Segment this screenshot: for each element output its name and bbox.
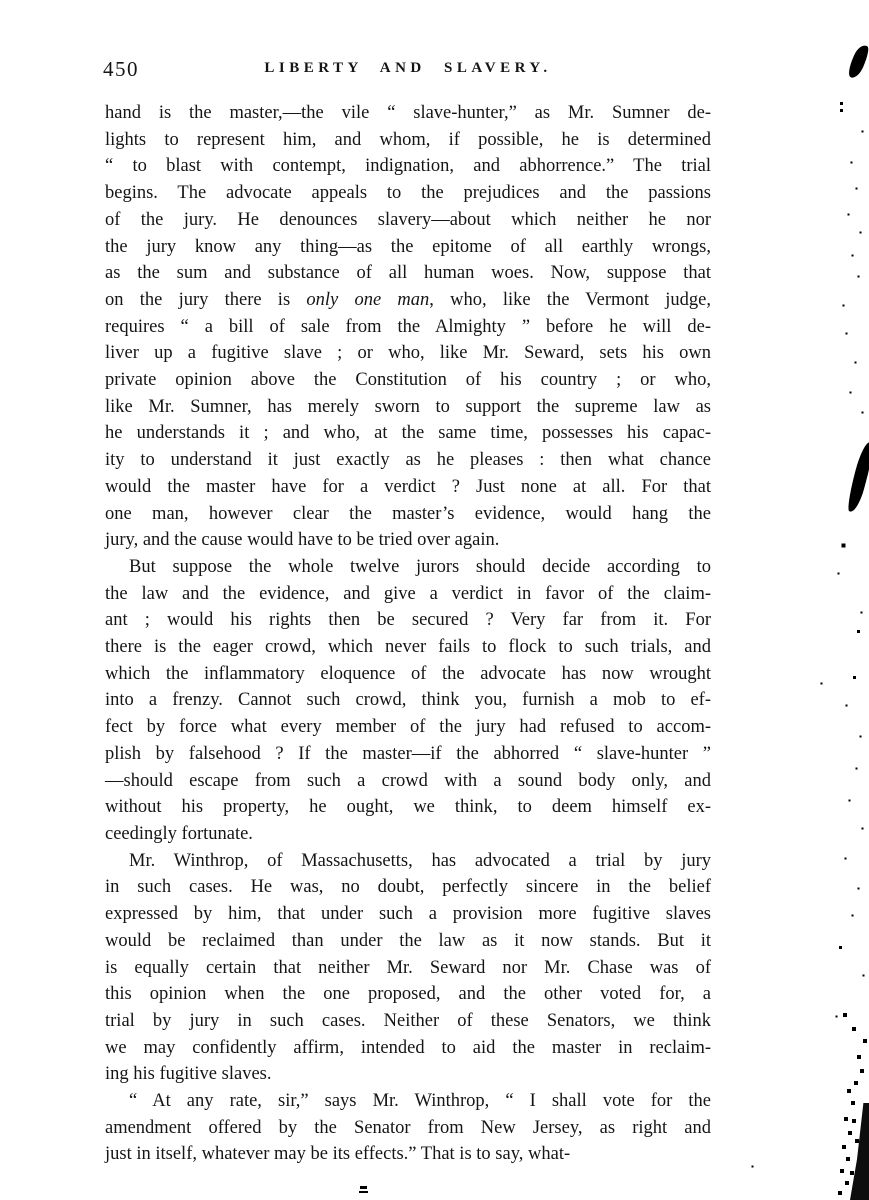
text-line: is equally certain that neither Mr. Sewa… [105, 955, 711, 982]
text-line: in such cases. He was, no doubt, perfect… [105, 874, 711, 901]
text-line: ity to understand it just exactly as he … [105, 447, 711, 474]
text-line: without his property, he ought, we think… [105, 794, 711, 821]
ink-smudge-top-right [845, 43, 869, 80]
text-line: as the sum and substance of all human wo… [105, 260, 711, 287]
text-line: the jury know any thing—as the epitome o… [105, 234, 711, 261]
text-line: would the master have for a verdict ? Ju… [105, 474, 711, 501]
text-line: like Mr. Sumner, has merely sworn to sup… [105, 394, 711, 421]
text-line: plish by falsehood ? If the master—if th… [105, 741, 711, 768]
text-line: “ At any rate, sir,” says Mr. Winthrop, … [105, 1088, 711, 1115]
text-line: of the jury. He denounces slavery—about … [105, 207, 711, 234]
text-line: ant ; would his rights then be secured ?… [105, 607, 711, 634]
text-line: on the jury there is only one man, who, … [105, 287, 711, 314]
scan-shadow-bottom-right [849, 1103, 869, 1200]
page-body: hand is the master,—the vile “ slave-hun… [105, 100, 711, 1168]
text-line: amendment offered by the Senator from Ne… [105, 1115, 711, 1142]
text-line: this opinion when the one proposed, and … [105, 981, 711, 1008]
text-line: ing his fugitive slaves. [105, 1061, 711, 1088]
text-line: fect by force what every member of the j… [105, 714, 711, 741]
text-line: he understands it ; and who, at the same… [105, 420, 711, 447]
text-line: one man, however clear the master’s evid… [105, 501, 711, 528]
text-line: Mr. Winthrop, of Massachusetts, has advo… [105, 848, 711, 875]
text-line: “ to blast with contempt, indignation, a… [105, 153, 711, 180]
text-line: begins. The advocate appeals to the prej… [105, 180, 711, 207]
text-line: jury, and the cause would have to be tri… [105, 527, 711, 554]
text-line: trial by jury in such cases. Neither of … [105, 1008, 711, 1035]
text-line: expressed by him, that under such a prov… [105, 901, 711, 928]
text-line: into a frenzy. Cannot such crowd, think … [105, 687, 711, 714]
book-page: 450 LIBERTY AND SLAVERY. hand is the mas… [0, 0, 869, 1200]
ink-smudge-mid-right [845, 441, 869, 514]
text-line: there is the eager crowd, which never fa… [105, 634, 711, 661]
text-line: But suppose the whole twelve jurors shou… [105, 554, 711, 581]
margin-dust-specks [0, 0, 1, 1]
printers-signature-mark [359, 1186, 369, 1196]
text-line: liver up a fugitive slave ; or who, like… [105, 340, 711, 367]
text-line: lights to represent him, and whom, if po… [105, 127, 711, 154]
text-line: which the inflammatory eloquence of the … [105, 661, 711, 688]
text-line: private opinion above the Constitution o… [105, 367, 711, 394]
text-line: we may confidently affirm, intended to a… [105, 1035, 711, 1062]
text-line: requires “ a bill of sale from the Almig… [105, 314, 711, 341]
running-header-title: LIBERTY AND SLAVERY. [105, 60, 711, 77]
text-line: the law and the evidence, and give a ver… [105, 581, 711, 608]
text-line: —should escape from such a crowd with a … [105, 768, 711, 795]
text-line: hand is the master,—the vile “ slave-hun… [105, 100, 711, 127]
text-line: just in itself, whatever may be its effe… [105, 1141, 711, 1168]
text-line: ceedingly fortunate. [105, 821, 711, 848]
text-line: would be reclaimed than under the law as… [105, 928, 711, 955]
